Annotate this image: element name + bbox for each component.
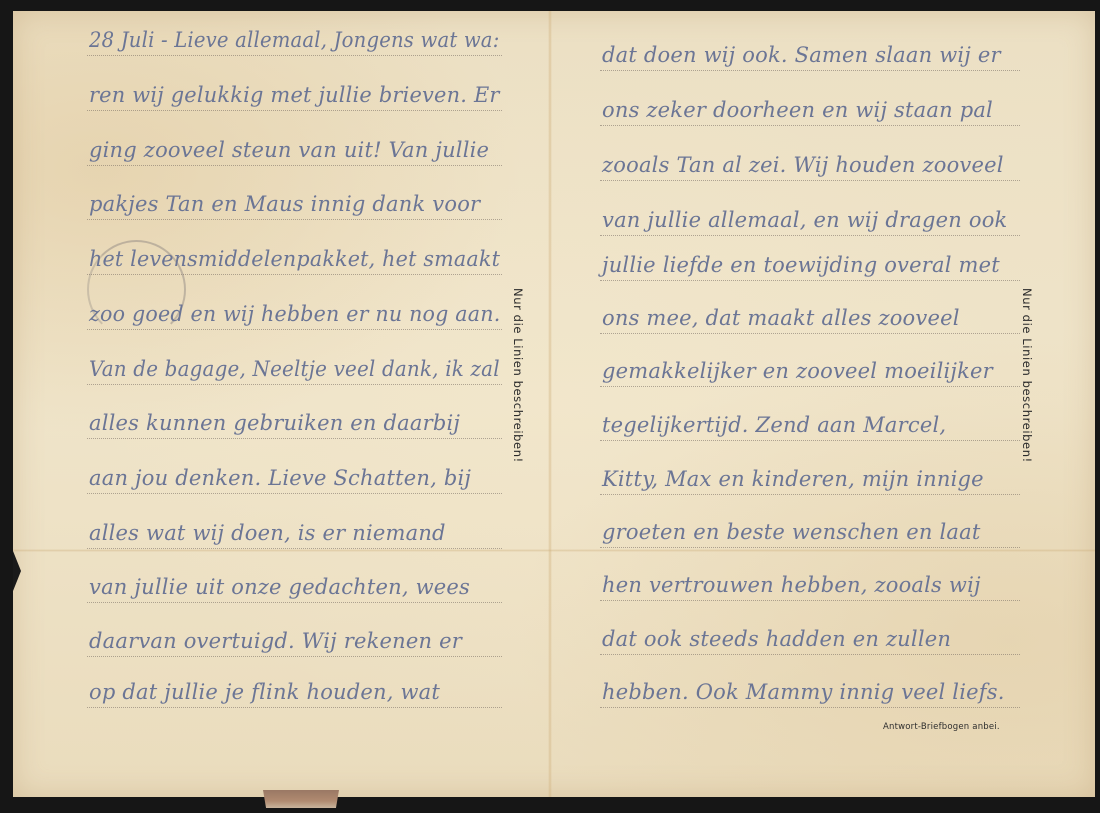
handwritten-line: dat doen wij ook. Samen slaan wij er [602,43,1001,67]
handwritten-line: ging zooveel steun van uit! Van jullie [89,138,489,162]
handwritten-line: daarvan overtuigd. Wij rekenen er [89,629,462,653]
handwritten-line: van jullie uit onze gedachten, wees [89,575,470,599]
handwritten-line: dat ook steeds hadden en zullen [602,627,951,651]
ruled-line [87,436,502,439]
print-instruction-right: Nur die Linien beschreiben! [1020,288,1034,463]
ruled-line [600,123,1020,126]
print-instruction-left: Nur die Linien beschreiben! [511,288,525,463]
handwritten-line: hen vertrouwen hebben, zooals wij [602,573,981,597]
ruled-line [87,327,502,330]
ruled-line [600,438,1020,441]
handwritten-line: zoo goed en wij hebben er nu nog aan. [89,302,500,326]
handwritten-line: Van de bagage, Neeltje veel dank, ik zal [89,357,500,381]
ruled-line [600,545,1020,548]
horizontal-fold-crease [13,549,1095,552]
ruled-line [87,491,502,494]
handwritten-line: jullie liefde en toewijding overal met [602,253,1000,277]
handwritten-line: groeten en beste wenschen en laat [602,520,980,544]
ruled-line [87,53,502,56]
torn-edge-notch [13,551,21,591]
handwritten-line: van jullie allemaal, en wij dragen ook [602,208,1007,232]
ruled-line [600,68,1020,71]
handwritten-line: Kitty, Max en kinderen, mijn innige [602,467,984,491]
ruled-line [600,598,1020,601]
handwritten-line: gemakkelijker en zooveel moeilijker [602,359,993,383]
ruled-line [87,382,502,385]
ruled-line [600,652,1020,655]
handwritten-line: pakjes Tan en Maus innig dank voor [89,192,480,216]
ruled-line [87,705,502,708]
ruled-line [87,600,502,603]
handwritten-line: alles wat wij doen, is er niemand [89,521,446,545]
tape-remnant [263,790,339,808]
handwritten-line: op dat jullie je flink houden, wat [89,680,440,704]
handwritten-line: ons mee, dat maakt alles zooveel [602,306,960,330]
ruled-line [600,331,1020,334]
handwritten-line: ons zeker doorheen en wij staan pal [602,98,993,122]
ruled-line [600,278,1020,281]
handwritten-line: hebben. Ook Mammy innig veel liefs. [602,680,1005,704]
handwritten-line: tegelijkertijd. Zend aan Marcel, [602,413,946,437]
ruled-line [87,546,502,549]
ruled-line [600,178,1020,181]
ruled-line [87,163,502,166]
vertical-fold-crease [548,11,552,797]
reply-sheet-note: Antwort-Briefbogen anbei. [883,722,1000,732]
handwritten-line: alles kunnen gebruiken en daarbij [89,411,460,435]
ruled-line [600,705,1020,708]
ruled-line [600,233,1020,236]
ruled-line [600,492,1020,495]
handwritten-line: het levensmiddelenpakket, het smaakt [89,247,500,271]
ruled-line [87,108,502,111]
handwritten-line: 28 Juli - Lieve allemaal, Jongens wat wa… [89,28,499,52]
ruled-line [87,217,502,220]
handwritten-line: aan jou denken. Lieve Schatten, bij [89,466,471,490]
handwritten-line: ren wij gelukkig met jullie brieven. Er [89,83,500,107]
ruled-line [87,272,502,275]
handwritten-line: zooals Tan al zei. Wij houden zooveel [602,153,1004,177]
ruled-line [600,384,1020,387]
ruled-line [87,654,502,657]
